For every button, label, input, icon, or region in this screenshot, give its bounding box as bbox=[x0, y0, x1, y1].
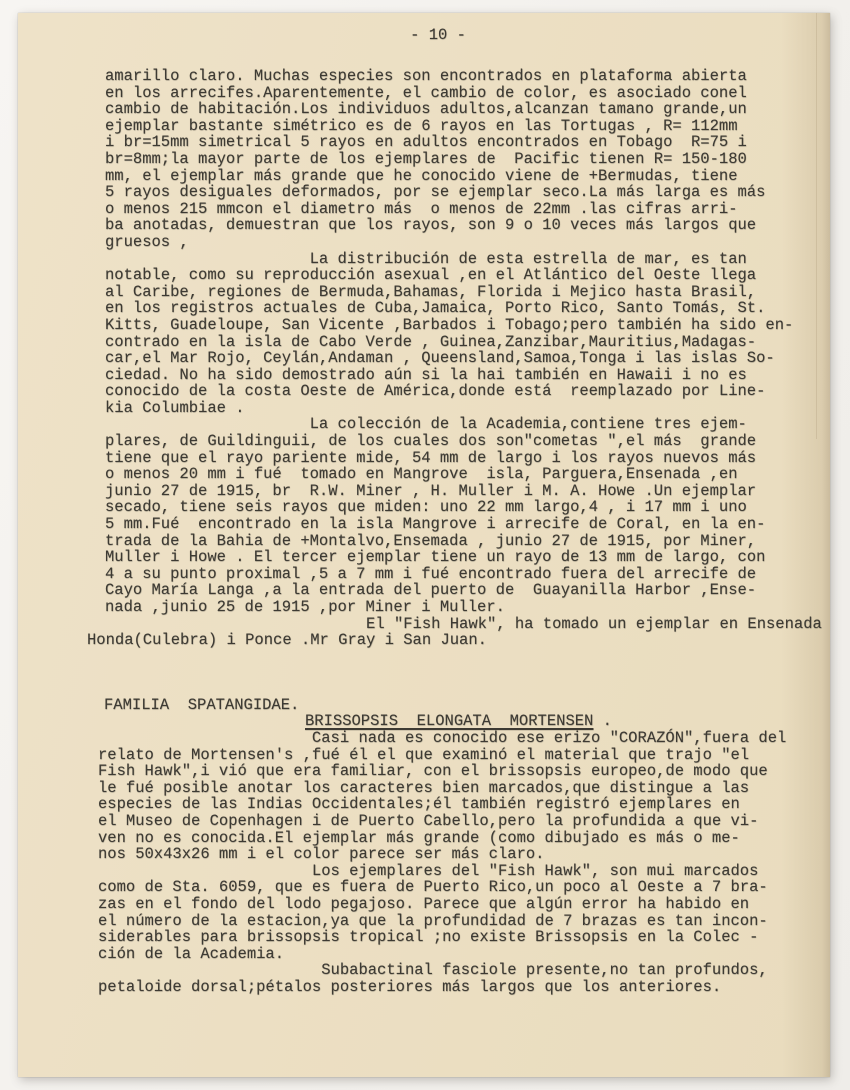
paragraph-academy-collection: La colección de la Academia,contiene tre… bbox=[105, 416, 830, 615]
paragraph-fish-hawk: El "Fish Hawk", ha tomado un ejemplar en… bbox=[87, 616, 830, 649]
family-heading: FAMILIA SPATANGIDAE. bbox=[104, 697, 830, 714]
paragraph-distribution: La distribución de esta estrella de mar,… bbox=[105, 251, 830, 417]
species-heading: BRISSOPSIS ELONGATA MORTENSEN . bbox=[18, 713, 830, 730]
species-heading-period: . bbox=[593, 712, 612, 730]
paragraph-brissopsis-description: Casi nada es conocido ese erizo "CORAZÓN… bbox=[98, 730, 830, 996]
scan-background: - 10 - amarillo claro. Muchas especies s… bbox=[0, 0, 850, 1090]
page-body: amarillo claro. Muchas especies son enco… bbox=[18, 68, 830, 995]
document-page: - 10 - amarillo claro. Muchas especies s… bbox=[18, 13, 830, 1077]
species-name: BRISSOPSIS ELONGATA MORTENSEN bbox=[305, 712, 593, 730]
page-number: - 10 - bbox=[18, 27, 830, 44]
paragraph-starfish-dimensions: amarillo claro. Muchas especies son enco… bbox=[105, 68, 830, 251]
